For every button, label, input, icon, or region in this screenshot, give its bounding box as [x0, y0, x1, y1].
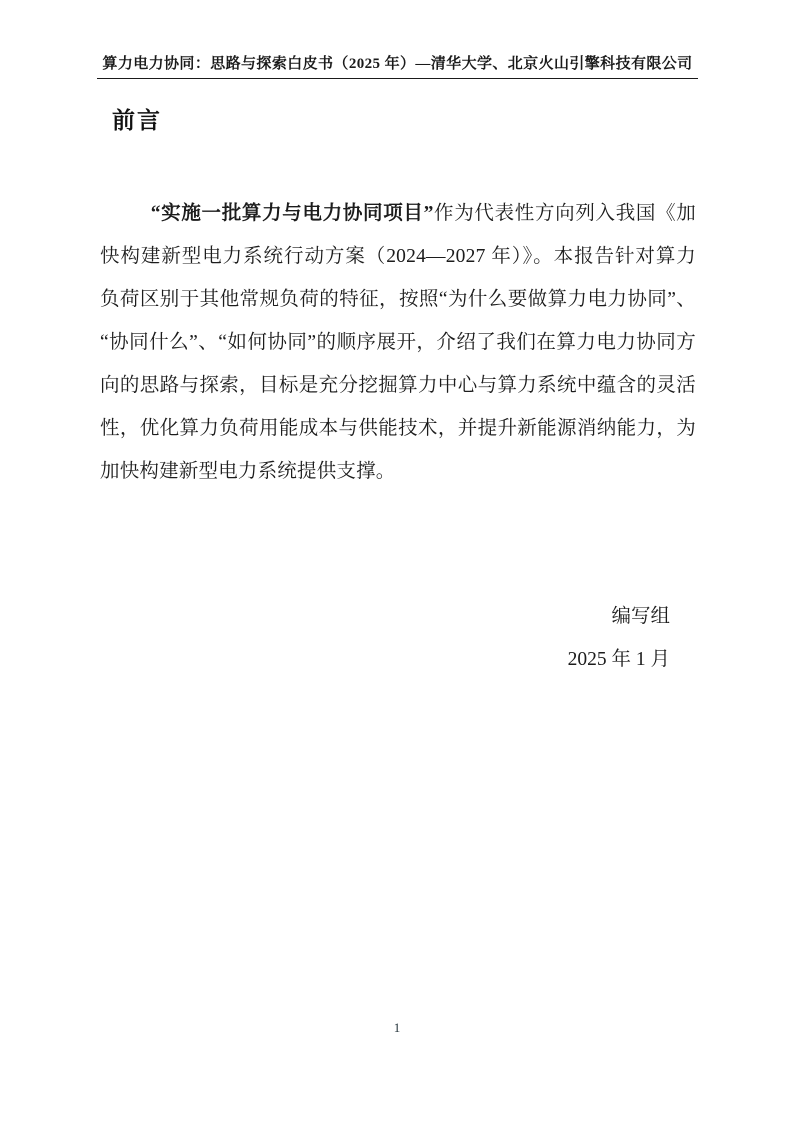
header-title: 算力电力协同：思路与探索白皮书（2025 年）—清华大学、北京火山引擎科技有限公…	[102, 56, 692, 72]
section-heading: 前言	[112, 106, 696, 136]
page-footer: 1	[0, 1019, 794, 1037]
document-header: 算力电力协同：思路与探索白皮书（2025 年）—清华大学、北京火山引擎科技有限公…	[97, 52, 698, 79]
paragraph-text: 作为代表性方向列入我国《加快构建新型电力系统行动方案（2024—2027 年）》…	[100, 203, 696, 482]
body-paragraph: “实施一批算力与电力协同项目”作为代表性方向列入我国《加快构建新型电力系统行动方…	[100, 192, 696, 493]
emphasized-phrase: “实施一批算力与电力协同项目”	[151, 203, 434, 224]
signature-date: 2025 年 1 月	[100, 638, 670, 681]
signature-block: 编写组 2025 年 1 月	[100, 595, 696, 681]
document-body: 前言 “实施一批算力与电力协同项目”作为代表性方向列入我国《加快构建新型电力系统…	[100, 106, 696, 681]
document-page: 算力电力协同：思路与探索白皮书（2025 年）—清华大学、北京火山引擎科技有限公…	[0, 0, 794, 1123]
page-number: 1	[394, 1020, 401, 1035]
signature-author: 编写组	[100, 595, 670, 638]
